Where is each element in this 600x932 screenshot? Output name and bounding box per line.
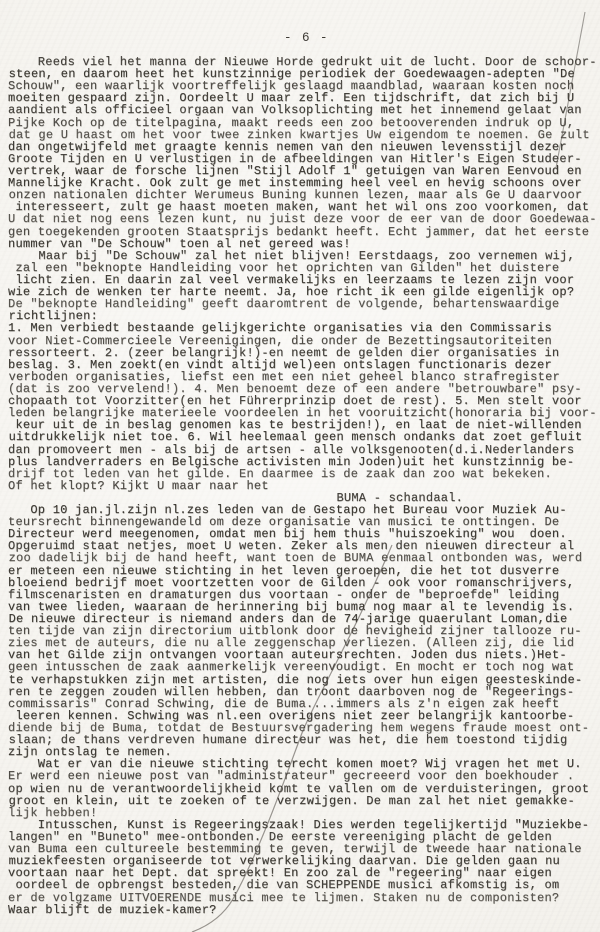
text-line: commissaris" Conrad Schwing, die de Buma… [8, 698, 600, 710]
text-line: voor Niet-Commercieele Vereenigingen, di… [8, 335, 600, 347]
text-line: BUMA - schandaal. [9, 492, 600, 504]
text-line: er de volgzame UITVOERENDE musici mee te… [8, 892, 600, 904]
text-line: aandient als officieel orgaan van Volkso… [8, 104, 600, 116]
text-line: Groote Tijden en U verlustigen in de afb… [8, 153, 600, 165]
text-line: ren te zeggen zouden willen hebben, dan … [8, 686, 600, 698]
text-line: slaan; de thans verdreven humane directe… [9, 734, 600, 746]
text-line: zal een "beknopte Handleiding voor het o… [8, 262, 600, 274]
text-line: Waar blijft de muziek-kamer? [8, 904, 600, 916]
text-line: dat ge U haast om het voor twee zinken k… [9, 129, 600, 141]
text-line: oordeel de opbrengst besteden, die van S… [8, 879, 600, 891]
text-line: Schouw", een waarlijk voortreffelijk ges… [8, 80, 600, 92]
text-line: drijf tot leden van het gilde. En daarme… [8, 468, 600, 480]
text-line: dan promoveert men - als bij de artsen -… [8, 444, 600, 456]
text-line: zoo dadelijk bij de hand heeft, want toe… [9, 552, 600, 564]
text-line: gen toegekenden grooten Staatsprijs beda… [8, 226, 600, 238]
text-line: ressorteert. 2. (zeer belangrijk!)-en ne… [8, 347, 600, 359]
text-line: bloeiend bedrijf moet voortzetten voor d… [8, 577, 600, 589]
text-line: plus landverraders en Belgische activist… [8, 456, 600, 468]
text-line: Er werd een nieuwe post van "administrat… [8, 770, 600, 782]
text-line: uitdrukkelijk niet toe. 6. Wil heelemaal… [9, 431, 600, 443]
text-line: leden belangrijke materieele voordeelen … [8, 407, 600, 419]
page-number: - 6 - [284, 32, 329, 44]
text-line: lijk hebben! [8, 807, 600, 819]
text-line: groot en klein, uit te zoeken of te verz… [9, 795, 600, 807]
text-line: zies met de auteurs, die nu alle zeggens… [8, 637, 600, 649]
text-line: er meteen een nieuwe stichting in het le… [8, 565, 600, 577]
text-line: muziekfeesten organiseerde tot verwerkel… [9, 855, 600, 867]
text-line: te verhapstukken zijn met artisten, die … [9, 674, 600, 686]
text-line: richtlijnen: [9, 310, 600, 322]
text-line: 1. Men verbiedt bestaande gelijkgerichte… [8, 322, 600, 334]
scanned-document-page: - 6 - Reeds viel het manna der Nieuwe Ho… [0, 0, 600, 932]
text-line: filmscenaristen en dramaturgen dus voort… [8, 589, 600, 601]
text-line: teursrecht binnengewandeld om deze organ… [8, 516, 600, 528]
text-lines: Reeds viel het manna der Nieuwe Horde ge… [8, 56, 600, 916]
text-line: U dat niet nog eens lezen kunt, nu juist… [8, 213, 600, 225]
